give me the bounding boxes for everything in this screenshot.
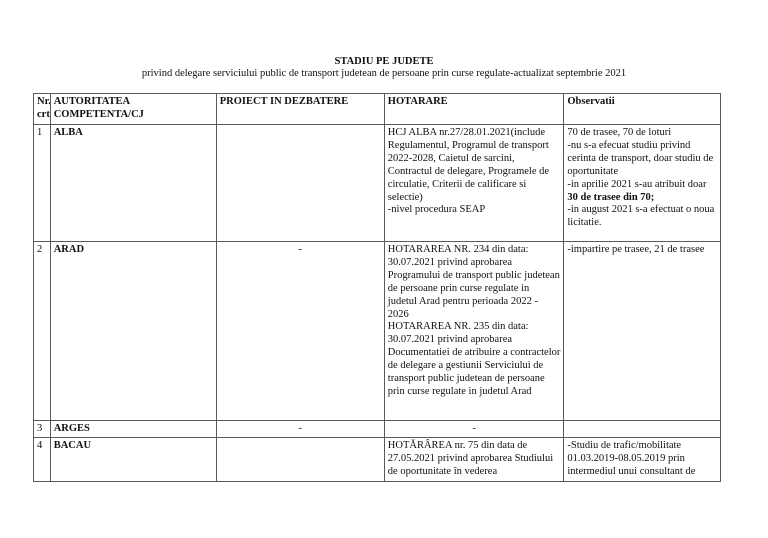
cell-observations: -Studiu de trafic/mobilitate 01.03.2019-… <box>564 438 721 482</box>
cell-observations: -impartire pe trasee, 21 de trasee <box>564 242 721 421</box>
cell-project: - <box>216 421 384 438</box>
cell-decision: - <box>384 421 564 438</box>
cell-authority: ARGES <box>50 421 216 438</box>
cell-decision: HOTARAREA NR. 234 din data: 30.07.2021 p… <box>384 242 564 421</box>
table-row: 1 ALBA HCJ ALBA nr.27/28.01.2021(include… <box>34 125 721 242</box>
header-observations: Observatii <box>564 94 721 125</box>
cell-nr: 4 <box>34 438 51 482</box>
status-table: Nr. crt. AUTORITATEA COMPETENTA/CJ PROIE… <box>33 93 721 482</box>
cell-nr: 1 <box>34 125 51 242</box>
observations-text: 70 de trasee, 70 de loturi -nu s-a efecu… <box>567 127 713 190</box>
cell-project: - <box>216 242 384 421</box>
header-authority: AUTORITATEA COMPETENTA/CJ <box>50 94 216 125</box>
document-subtitle: privind delegare serviciului public de t… <box>0 67 768 80</box>
cell-project <box>216 125 384 242</box>
cell-project <box>216 438 384 482</box>
cell-authority: ARAD <box>50 242 216 421</box>
cell-observations <box>564 421 721 438</box>
cell-decision: HOTĂRÂREA nr. 75 din data de 27.05.2021 … <box>384 438 564 482</box>
cell-authority: ALBA <box>50 125 216 242</box>
header-decision: HOTARARE <box>384 94 564 125</box>
table-row: 2 ARAD - HOTARAREA NR. 234 din data: 30.… <box>34 242 721 421</box>
header-nr: Nr. crt. <box>34 94 51 125</box>
table-header-row: Nr. crt. AUTORITATEA COMPETENTA/CJ PROIE… <box>34 94 721 125</box>
cell-observations: 70 de trasee, 70 de loturi -nu s-a efecu… <box>564 125 721 242</box>
observations-text-end: -in august 2021 s-a efectuat o noua lici… <box>567 204 714 228</box>
table-row: 4 BACAU HOTĂRÂREA nr. 75 din data de 27.… <box>34 438 721 482</box>
cell-nr: 2 <box>34 242 51 421</box>
cell-authority: BACAU <box>50 438 216 482</box>
cell-nr: 3 <box>34 421 51 438</box>
header-project: PROIECT IN DEZBATERE <box>216 94 384 125</box>
table-row: 3 ARGES - - <box>34 421 721 438</box>
cell-decision: HCJ ALBA nr.27/28.01.2021(include Regula… <box>384 125 564 242</box>
observations-emphasis: 30 de trasee din 70; <box>567 192 654 203</box>
